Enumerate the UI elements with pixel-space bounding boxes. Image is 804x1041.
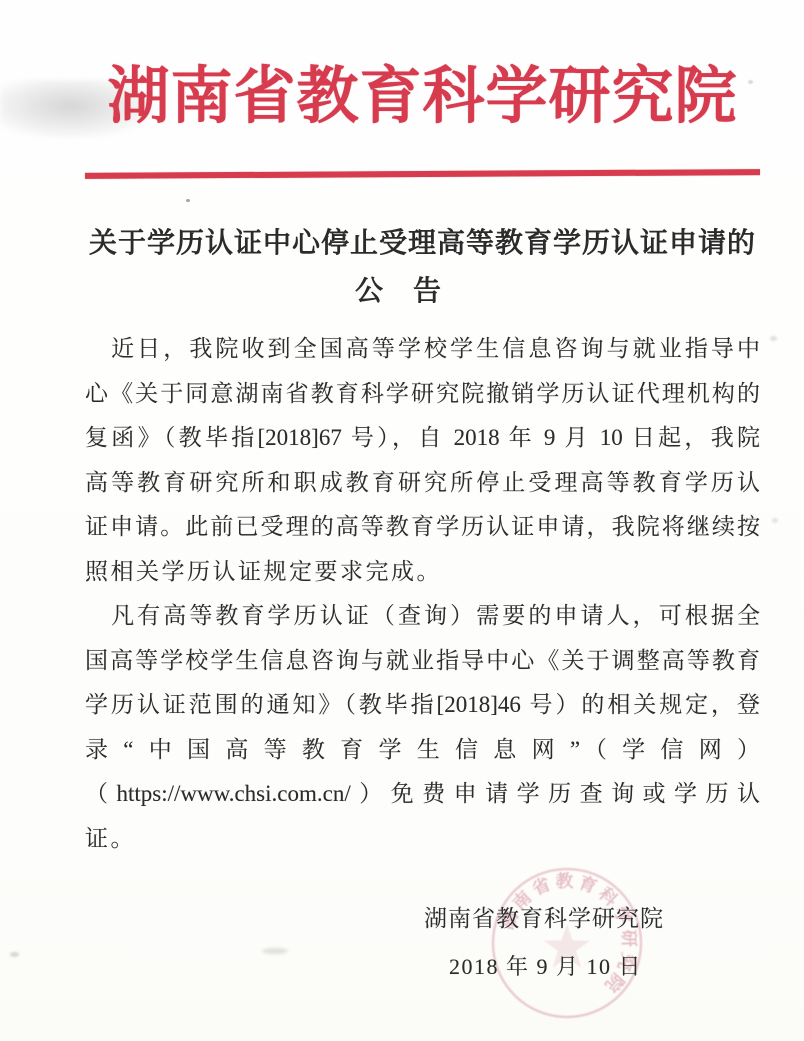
body-line: 学历认证范围的通知》（教毕指[2018]46 号）的相关规定，登 [85,683,760,728]
letterhead-org-title: 湖南省教育科学研究院 [85,56,760,138]
body-line: 录“中国高等教育学生信息网”（学信网） [85,728,760,773]
scan-speck [186,199,190,202]
body-line: 近日，我院收到全国高等学校学生信息咨询与就业指导中 [85,327,760,372]
body-line: （https://www.chsi.com.cn/）免费申请学历查询或学历认 [85,772,760,817]
body-line: 高等教育研究所和职成教育研究所停止受理高等教育学历认 [85,461,760,506]
document-page: 湖南省教育科学研究院 关于学历认证中心停止受理高等教育学历认证申请的 公 告 近… [0,0,804,1041]
scan-speck [772,518,778,523]
body-line: 复函》（教毕指[2018]67 号），自 2018 年 9 月 10 日起，我院 [85,416,760,461]
document-body: 近日，我院收到全国高等学校学生信息咨询与就业指导中 心《关于同意湖南省教育科学研… [85,327,760,861]
letterhead-divider-rule [85,169,760,179]
body-line: 证申请。此前已受理的高等教育学历认证申请，我院将继续按 [85,505,760,550]
body-line: 心《关于同意湖南省教育科学研究院撤销学历认证代理机构的 [85,372,760,417]
official-seal-stamp: 湖南省教育科学研究院 [488,864,646,1022]
document-title: 关于学历认证中心停止受理高等教育学历认证申请的 公 告 [85,220,760,316]
scan-speck [10,952,19,957]
document-title-line2: 公 告 [61,268,736,316]
body-line: 凡有高等教育学历认证（查询）需要的申请人，可根据全 [85,594,760,639]
seal-ring [493,869,641,1017]
body-line: 国高等学校学生信息咨询与就业指导中心《关于调整高等教育 [85,639,760,684]
signature-org-name: 湖南省教育科学研究院 [85,903,760,935]
body-line: 照相关学历认证规定要求完成。 [85,550,760,595]
signature-date: 2018 年 9 月 10 日 [85,951,760,983]
body-line: 证。 [85,817,760,862]
scan-speck [770,336,777,341]
document-title-line1: 关于学历认证中心停止受理高等教育学历认证申请的 [85,220,760,268]
